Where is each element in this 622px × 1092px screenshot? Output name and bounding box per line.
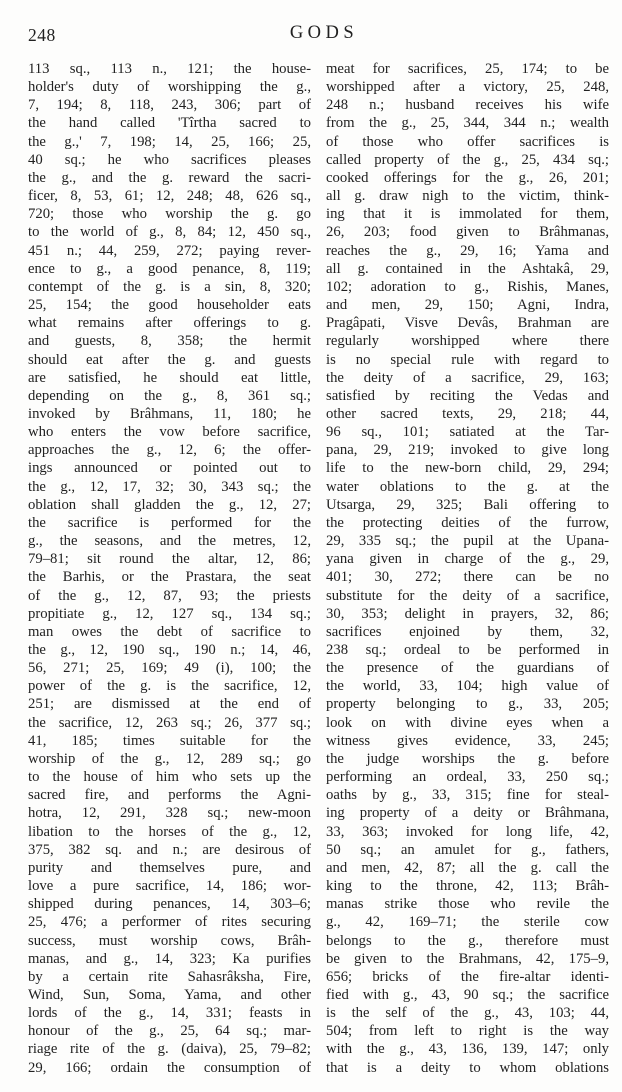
right-column-text: meat for sacrifices, 25, 174; to be wors… xyxy=(326,60,609,1077)
page-number: 248 xyxy=(28,25,56,46)
left-column-text: 113 sq., 113 n., 121; the house- holder'… xyxy=(28,60,311,1077)
index-columns: 113 sq., 113 n., 121; the house- holder'… xyxy=(28,60,609,1077)
running-title: GODS xyxy=(28,23,606,44)
book-page: 248 GODS 113 sq., 113 n., 121; the house… xyxy=(0,0,622,1092)
page-header: 248 GODS xyxy=(28,23,606,47)
